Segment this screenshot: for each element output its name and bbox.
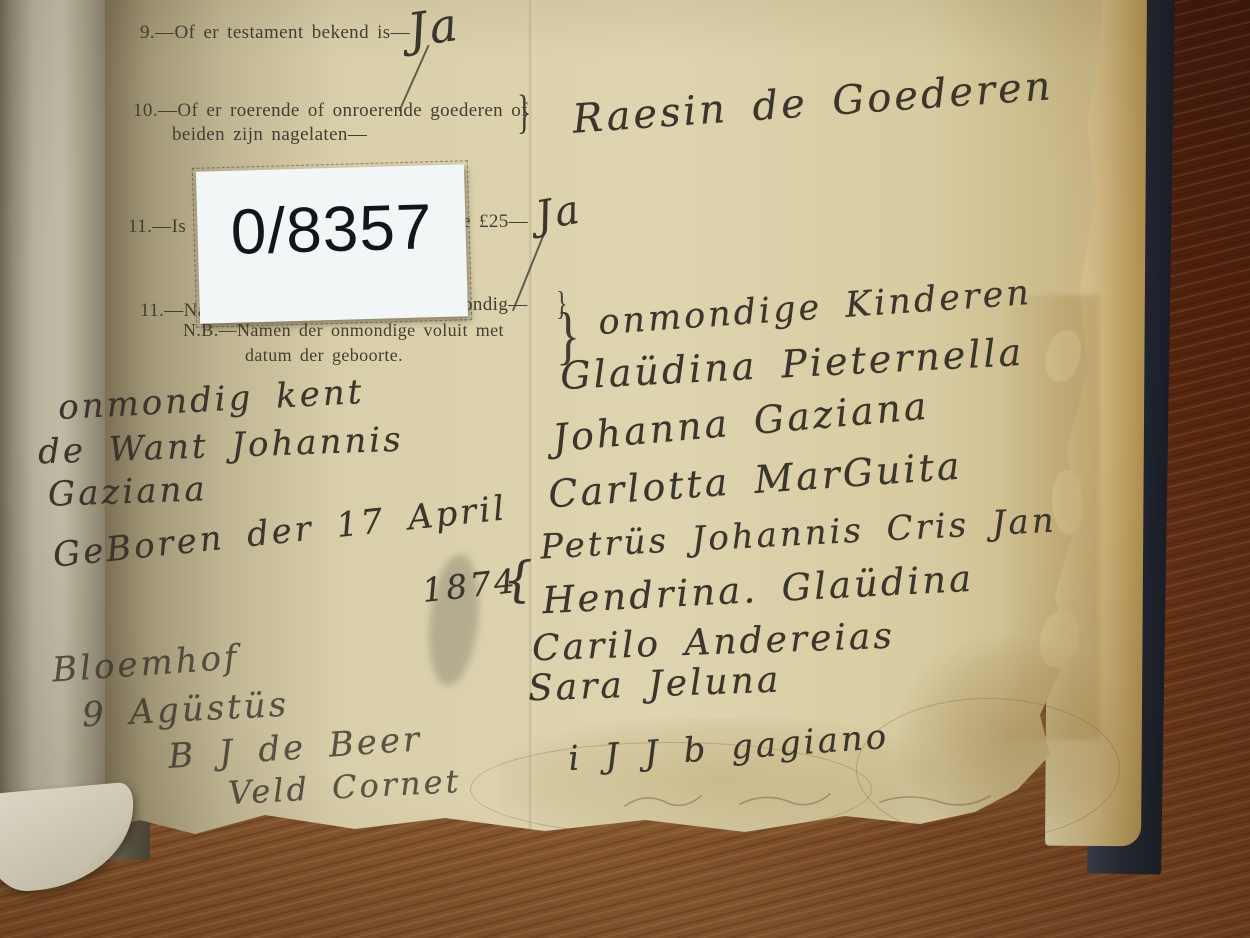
curled-white-page-corner bbox=[0, 782, 140, 895]
handwritten-brace: { bbox=[502, 551, 538, 609]
printed-question-11-left: 11.—Is bbox=[128, 216, 186, 238]
handwritten-line: Gaziana bbox=[47, 469, 208, 515]
printed-question-11-right: e £25— bbox=[462, 211, 528, 233]
faint-ink-marks bbox=[620, 786, 1050, 821]
archive-number-sticker: 0/8357 bbox=[196, 164, 468, 323]
printed-nb-line2: datum der geboorte. bbox=[245, 345, 403, 366]
printed-question-9: 9.—Of er testament bekend is— bbox=[140, 22, 410, 44]
printed-question-10-line2: beiden zijn nagelaten— bbox=[172, 124, 367, 146]
photographed-document: 9.—Of er testament bekend is— Ja 10.—Of … bbox=[0, 0, 1250, 938]
handwritten-answer-11: Ja bbox=[532, 186, 585, 239]
printed-question-10-line1: 10.—Of er roerende of onroerende goedere… bbox=[133, 100, 528, 122]
handwritten-answer-9: Ja bbox=[404, 0, 463, 57]
printed-brace: } bbox=[517, 86, 531, 140]
archive-number: 0/8357 bbox=[230, 189, 434, 269]
printed-nb-line1: N.B.—Namen der onmondige voluit met bbox=[183, 320, 504, 341]
